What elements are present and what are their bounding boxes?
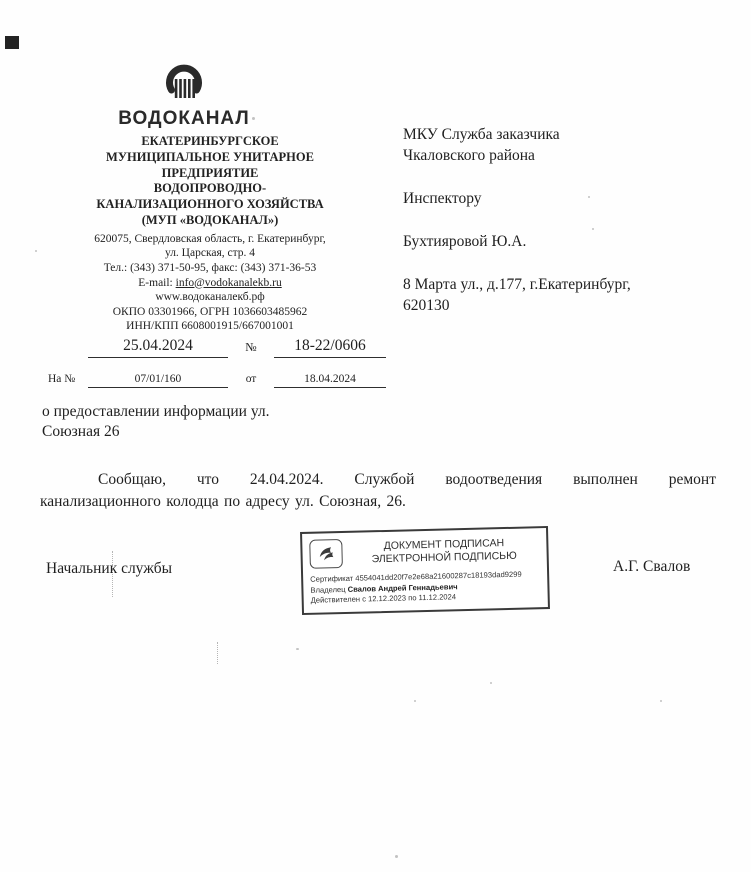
letter-number: 18-22/0606 — [274, 330, 386, 358]
subject-line: о предоставлении информации ул. — [42, 402, 270, 422]
address-line: 620075, Свердловская область, г. Екатери… — [28, 232, 392, 247]
recipient-org-line: МКУ Служба заказчика — [403, 124, 725, 145]
recipient-address-line: 8 Марта ул., д.177, г.Екатеринбург, — [403, 274, 725, 295]
water-drop-logo-icon — [162, 60, 206, 107]
recipient-name: Бухтияровой Ю.А. — [403, 231, 725, 252]
reply-to-number: 07/01/160 — [88, 358, 228, 388]
org-line: ВОДОПРОВОДНО- — [28, 181, 392, 197]
letter-date: 25.04.2024 — [88, 330, 228, 358]
signature-emblem-icon — [309, 539, 343, 569]
scan-speck — [414, 700, 416, 702]
scan-speck — [296, 648, 299, 650]
recipient-org-line: Чкаловского района — [403, 145, 725, 166]
scan-speck — [490, 682, 492, 684]
scan-corner-mark — [5, 36, 19, 49]
organization-name: ЕКАТЕРИНБУРГСКОЕ МУНИЦИПАЛЬНОЕ УНИТАРНОЕ… — [28, 134, 392, 229]
subject-block: о предоставлении информации ул. Союзная … — [42, 402, 270, 442]
ref-empty-cell — [48, 330, 82, 357]
okpo-ogrn-line: ОКПО 03301966, ОГРН 1036603485962 — [28, 305, 392, 320]
scan-speck — [395, 855, 398, 858]
email-label: E-mail: — [138, 277, 175, 289]
stamp-header: ДОКУМЕНТ ПОДПИСАН ЭЛЕКТРОННОЙ ПОДПИСЬЮ — [309, 534, 540, 569]
reply-to-label: На № — [48, 358, 82, 387]
signer-position: Начальник службы — [46, 560, 172, 578]
org-line: (МУП «ВОДОКАНАЛ») — [28, 213, 392, 229]
recipient-address-line: 620130 — [403, 295, 725, 316]
org-line: МУНИЦИПАЛЬНОЕ УНИТАРНОЕ — [28, 150, 392, 166]
phone-line: Тел.: (343) 371-50-95, факс: (343) 371-3… — [28, 261, 392, 276]
owner-label: Владелец — [310, 584, 347, 594]
email-line: E-mail: info@vodokanalekb.ru — [28, 276, 392, 291]
logo-wordmark: ВОДОКАНАЛ — [2, 108, 366, 130]
reference-block: 25.04.2024 № 18-22/0606 На № 07/01/160 о… — [48, 330, 386, 388]
certificate-label: Сертификат — [310, 574, 355, 584]
address-line: ул. Царская, стр. 4 — [28, 246, 392, 261]
scanned-letter-page: ВОДОКАНАЛ ЕКАТЕРИНБУРГСКОЕ МУНИЦИПАЛЬНОЕ… — [0, 0, 751, 872]
org-line: КАНАЛИЗАЦИОННОГО ХОЗЯЙСТВА — [28, 197, 392, 213]
from-label: от — [234, 358, 268, 387]
recipient-block: МКУ Служба заказчика Чкаловского района … — [403, 124, 725, 316]
organization-contacts: 620075, Свердловская область, г. Екатери… — [28, 232, 392, 334]
certificate-value: 4554041dd20f7e2e68a21600287c18193dad9299 — [355, 570, 522, 583]
scan-speck — [660, 700, 662, 702]
letter-body: Сообщаю, что 24.04.2024. Службой водоотв… — [40, 469, 716, 513]
stamp-title: ДОКУМЕНТ ПОДПИСАН ЭЛЕКТРОННОЙ ПОДПИСЬЮ — [348, 536, 540, 567]
letterhead: ВОДОКАНАЛ ЕКАТЕРИНБУРГСКОЕ МУНИЦИПАЛЬНОЕ… — [28, 60, 392, 334]
signer-name: А.Г. Свалов — [613, 558, 690, 576]
body-line: канализационного колодца по адресу ул. С… — [40, 491, 716, 513]
stamp-details: Сертификат 4554041dd20f7e2e68a21600287c1… — [310, 569, 541, 606]
body-line: Сообщаю, что 24.04.2024. Службой водоотв… — [40, 469, 716, 491]
scan-artifact-dotted-line — [217, 642, 218, 664]
org-line: ПРЕДПРИЯТИЕ — [28, 166, 392, 182]
email-address: info@vodokanalekb.ru — [176, 277, 282, 289]
subject-line: Союзная 26 — [42, 422, 270, 442]
reply-to-date: 18.04.2024 — [274, 358, 386, 388]
owner-name: Свалов Андрей Геннадьевич — [348, 582, 458, 594]
logo: ВОДОКАНАЛ — [2, 60, 366, 130]
recipient-position: Инспектору — [403, 188, 725, 209]
number-sign: № — [234, 330, 268, 357]
org-line: ЕКАТЕРИНБУРГСКОЕ — [28, 134, 392, 150]
website-line: www.водоканалекб.рф — [28, 290, 392, 305]
hand-with-pen-icon — [315, 544, 337, 565]
digital-signature-stamp: ДОКУМЕНТ ПОДПИСАН ЭЛЕКТРОННОЙ ПОДПИСЬЮ С… — [300, 526, 550, 615]
